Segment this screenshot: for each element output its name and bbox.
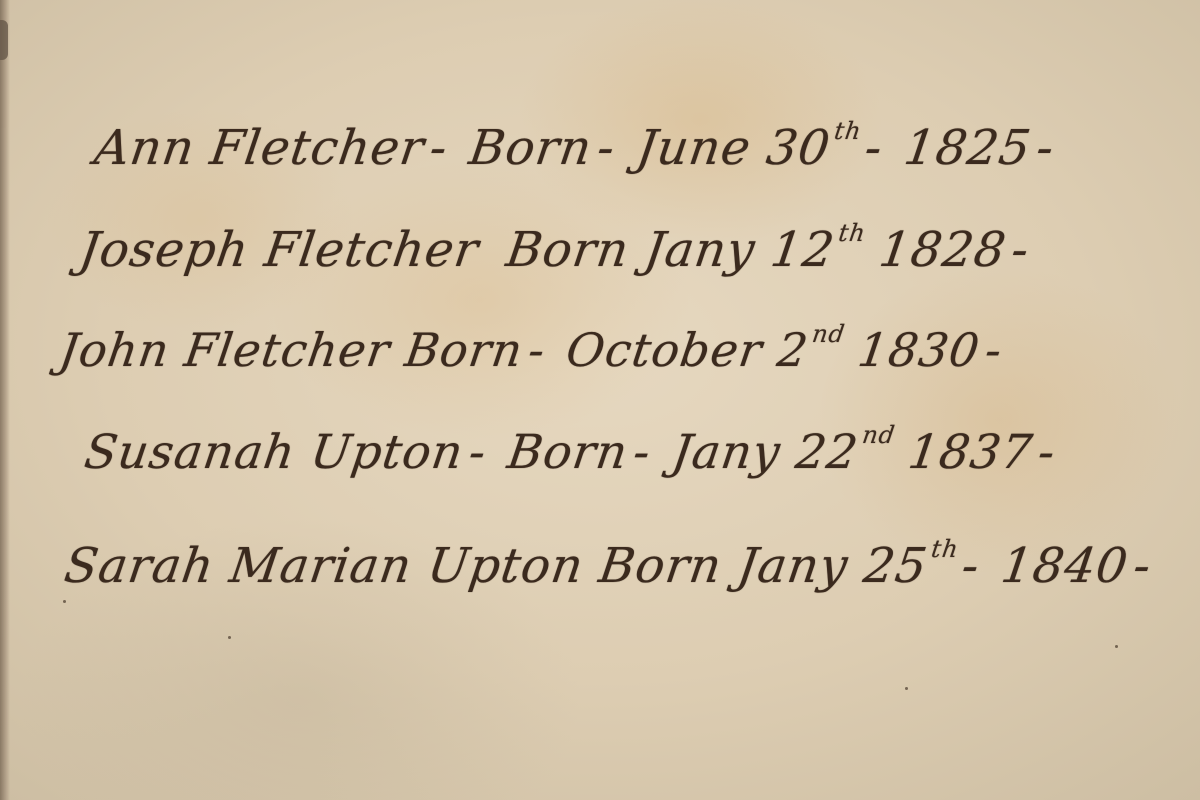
entry-month: Jany: [734, 538, 852, 594]
entry-year: 1840: [998, 538, 1132, 594]
entry-day-suffix: th: [832, 117, 863, 145]
entry-name: Susanah Upton: [81, 425, 467, 480]
birth-entry: Ann Fletcher- Born- June 30th- 1825-: [91, 120, 1064, 176]
birth-entry: Susanah Upton- Born- Jany 22nd 1837-: [81, 425, 1065, 480]
entry-day-suffix: th: [837, 219, 868, 247]
entry-month: Jany: [641, 222, 759, 278]
entry-name: Sarah Marian Upton: [61, 538, 587, 594]
birth-entry: Sarah Marian Upton Born Jany 25th- 1840-: [61, 538, 1161, 594]
entry-day: 22nd: [792, 425, 896, 480]
birth-register: Ann Fletcher- Born- June 30th- 1825- Jos…: [0, 0, 1200, 800]
entry-born-label: Born: [466, 120, 596, 176]
entry-day: 2nd: [774, 323, 847, 377]
birth-entry: Joseph Fletcher Born Jany 12th 1828-: [76, 222, 1039, 278]
birth-entry: John Fletcher Born- October 2nd 1830-: [56, 323, 1012, 377]
entry-born-label: Born: [402, 323, 527, 377]
entry-year: 1828: [876, 222, 1010, 278]
entry-name: John Fletcher: [56, 323, 394, 377]
entry-month: June: [633, 120, 754, 176]
entry-born-label: Born: [503, 222, 633, 278]
entry-day: 30th: [763, 120, 863, 176]
entry-day: 25th: [860, 538, 960, 594]
entry-year: 1830: [855, 323, 984, 377]
entry-name: Ann Fletcher: [91, 120, 428, 176]
entry-born-label: Born: [504, 425, 631, 480]
entry-month: October: [563, 323, 766, 377]
entry-born-label: Born: [596, 538, 726, 594]
entry-name: Joseph Fletcher: [76, 222, 482, 278]
entry-day-suffix: nd: [810, 320, 847, 348]
entry-year: 1837: [905, 425, 1036, 480]
entry-day: 12th: [767, 222, 867, 278]
entry-day-suffix: th: [930, 535, 961, 563]
entry-year: 1825: [901, 120, 1035, 176]
entry-month: Jany: [669, 425, 784, 480]
entry-day-suffix: nd: [860, 421, 897, 449]
